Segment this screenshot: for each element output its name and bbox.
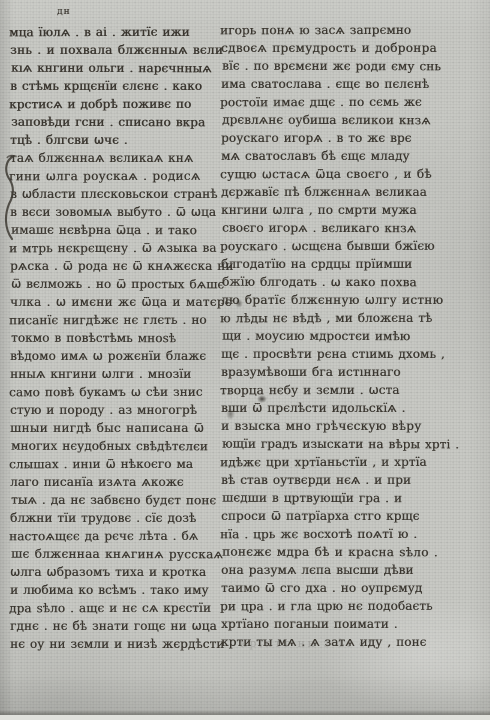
manuscript-text-line: заповѣди гсни . списано вкра [11,113,223,132]
manuscript-text-line: в стѣмь крщєнїи єлєнє . како [10,77,222,95]
manuscript-text-line: блгодатїю на срдцы прїимши [221,255,463,273]
manuscript-text-line: в вєси зовомыѧ выбуто . ѿ ѡца [10,203,222,221]
manuscript-text-line: бжїю блгодать . ѡ како похва [222,273,464,292]
manuscript-text-line: шєдши в цртвующїи гра . и [222,489,464,508]
manuscript-text-line: писанїє нигдѣжє нє глєть . но [9,311,221,330]
manuscript-text-line: вѣдомо имѧ ѡ рожєнїи блажє [10,347,222,365]
manuscript-right-column: игорь понѧ ю засѧ запрємносдвоєѧ прємудр… [221,21,463,651]
manuscript-text-line: стую и породу . аз многогрѣ [10,401,222,419]
manuscript-text-line: тыѧ . да нє забвєно будєт понє [11,491,223,510]
manuscript-text-line: шныи нигдѣ быс написана ѿ [10,419,222,437]
manuscript-text-line: ю лѣды нє вѣдѣ , ми бложєна тѣ [220,309,462,328]
manuscript-text-line: нныѧ кнгини ѡлги . мнозїи [10,365,222,383]
initial-flourish-icon [1,152,17,242]
manuscript-text-line: спроси ѿ патрїарха стго крщє [221,507,463,525]
manuscript-text-line: гднє . нє бѣ знати гощє ни ѡца [10,617,222,635]
manuscript-text-line: идѣжє цри хртїаньстїи , и хртїа [220,453,462,472]
manuscript-text-line: вразумѣвоши бга истıннаго [221,363,463,381]
interlinear-note: дн [57,7,71,17]
manuscript-text-line: сдвоєѧ прємудрость и добронра [221,39,463,57]
manuscript-text-line: роускаго игорѧ . в то жє врє [221,129,463,147]
manuscript-text-line: вѣ став оутвєрди нєѧ . и при [221,471,463,489]
manuscript-text-line: дрєвлѧнє оубиша вєликои кнзѧ [222,111,464,130]
manuscript-text-line: кнгини ѡлга , по смрти мужа [221,201,463,219]
manuscript-text-line: рѧска . ѿ рода нє ѿ кнѧжєска ни [10,257,222,275]
manuscript-text-line: хртїано поганыи поимати . [221,615,463,633]
manuscript-text-line: и мтрь нєкрєщєну . ѿ ѧзыка ва [9,239,221,258]
manuscript-text-line: шє блжєннаа кнѧгинѧ русскаѧ [11,545,223,564]
manuscript-text-line: и любима ко всѣмъ . тако иму [10,581,222,599]
manuscript-text-line: блжни тїи трудовє . сїє дозѣ [10,509,222,527]
manuscript-left-column: мца їюлѧ . в аі . житїє ижизнь . и похва… [10,23,222,653]
manuscript-text-line: своєго игорѧ . вєликаго кнзѧ [222,219,464,238]
manuscript-text-line: творца нєбу и зємли . ѡста [220,381,462,400]
manuscript-text-line: ѿ вєлможь . но ѿ простых бѧшє [11,275,223,294]
manuscript-text-line: само повѣ букамъ ѡ сѣи знис [9,383,221,402]
page-bottom-edge [0,715,490,720]
manuscript-text-line: сущю ѡстасѧ ѿца своєго , и бѣ [220,165,462,184]
manuscript-text-line: слышах . инıи ѿ нѣкоєго ма [9,455,221,474]
manuscript-text-line: ющїи градъ изыскати на вѣры хрті . [222,435,464,454]
manuscript-text-line: тцѣ . блгсви ѡчє . [10,131,222,149]
manuscript-text-line: имашє нєвѣрна ѿца . и тако [11,221,223,240]
manuscript-text-line: дра ѕѣло . ащє и нє сѧ крєстїи [9,599,221,618]
manuscript-text-line: мѧ сватославъ бѣ єщє младу [221,147,463,165]
manuscript-text-line: ростоїи имає дщє . по сємь жє [220,93,462,112]
manuscript-text-line: лаго писанїа изѧта ѧкожє [10,473,222,491]
manuscript-text-line: таимо ѿ сго дха . но оупрємуд [221,579,463,597]
manuscript-text-line: настоѧщєє да рєчє лѣта . бѧ [9,527,221,546]
manuscript-text-line: ѡлга ѡбразомъ тиха и кротка [10,563,222,581]
manuscript-text-line: вїє . по врємєни жє роди єму снь [222,57,464,76]
manuscript-text-line: таѧ блжєннаѧ вєликаѧ кнѧ [10,149,222,167]
ink-bleedthrough-text: крınтт нн з ѣı ст [240,636,465,652]
manuscript-text-line: игорь понѧ ю засѧ запрємно [220,21,462,40]
manuscript-text-line: щи . моусию мдростєи имѣю [222,327,464,346]
manuscript-text-line: члка . ѡ имєни жє ѿца и матєрє [10,293,222,311]
manuscript-text-line: крстисѧ и добрѣ поживє по [9,95,221,114]
manuscript-text-line: мца їюлѧ . в аі . житїє ижи [9,23,221,42]
manuscript-text-line: в ѡбласти плєсковьскои странѣ [10,185,222,203]
manuscript-text-line: лю братїє блжєнную ѡлгу истню [221,291,463,309]
manuscript-text-line: ри цра . и гла црю нє подобаєть [220,597,462,616]
manuscript-text-line: гини ѡлга роускаѧ . родисѧ [9,167,221,186]
manuscript-text-line: роускаго . ѡсщєна бывши бжїєю [220,237,462,256]
manuscript-text-line: има сватослава . єщє во пєлєнѣ [221,75,463,93]
manuscript-text-line: она разумѧ лєпа высши дѣви [221,561,463,579]
manuscript-text-line: дєржавїє пѣ блжєннаѧ вєликаа [221,183,463,201]
manuscript-text-line: щє . просвѣти рєна стıимь дхомь , [221,345,463,363]
manuscript-text-line: многих нєудобных свѣдѣтєлєи [11,437,223,456]
manuscript-text-line: знь . и похвала блжєнныѧ вєли [10,41,222,59]
manuscript-text-line: кıѧ кнгини ольги . нарєчнныѧ [11,59,223,78]
manuscript-text-line: нє оу ни зємли и низѣ жєрдѣсти [10,635,222,653]
manuscript-text-line: и взыска мно грѣчєскую вѣру [221,417,463,435]
manuscript-photo: дн мца їюлѧ . в аі . житїє ижизнь . и по… [0,0,490,720]
drop-initial-letter [1,152,17,246]
manuscript-text-line: нїа . црь жє восхотѣ поѧтї ю . [220,525,462,544]
manuscript-text-line: вши ѿ прєлѣсти идольскїѧ . [221,399,463,417]
manuscript-text-line: токмо в повѣстѣмь мноѕѣ [11,329,223,348]
manuscript-text-line: понєжє мдра бѣ и красна ѕѣло . [222,543,464,562]
